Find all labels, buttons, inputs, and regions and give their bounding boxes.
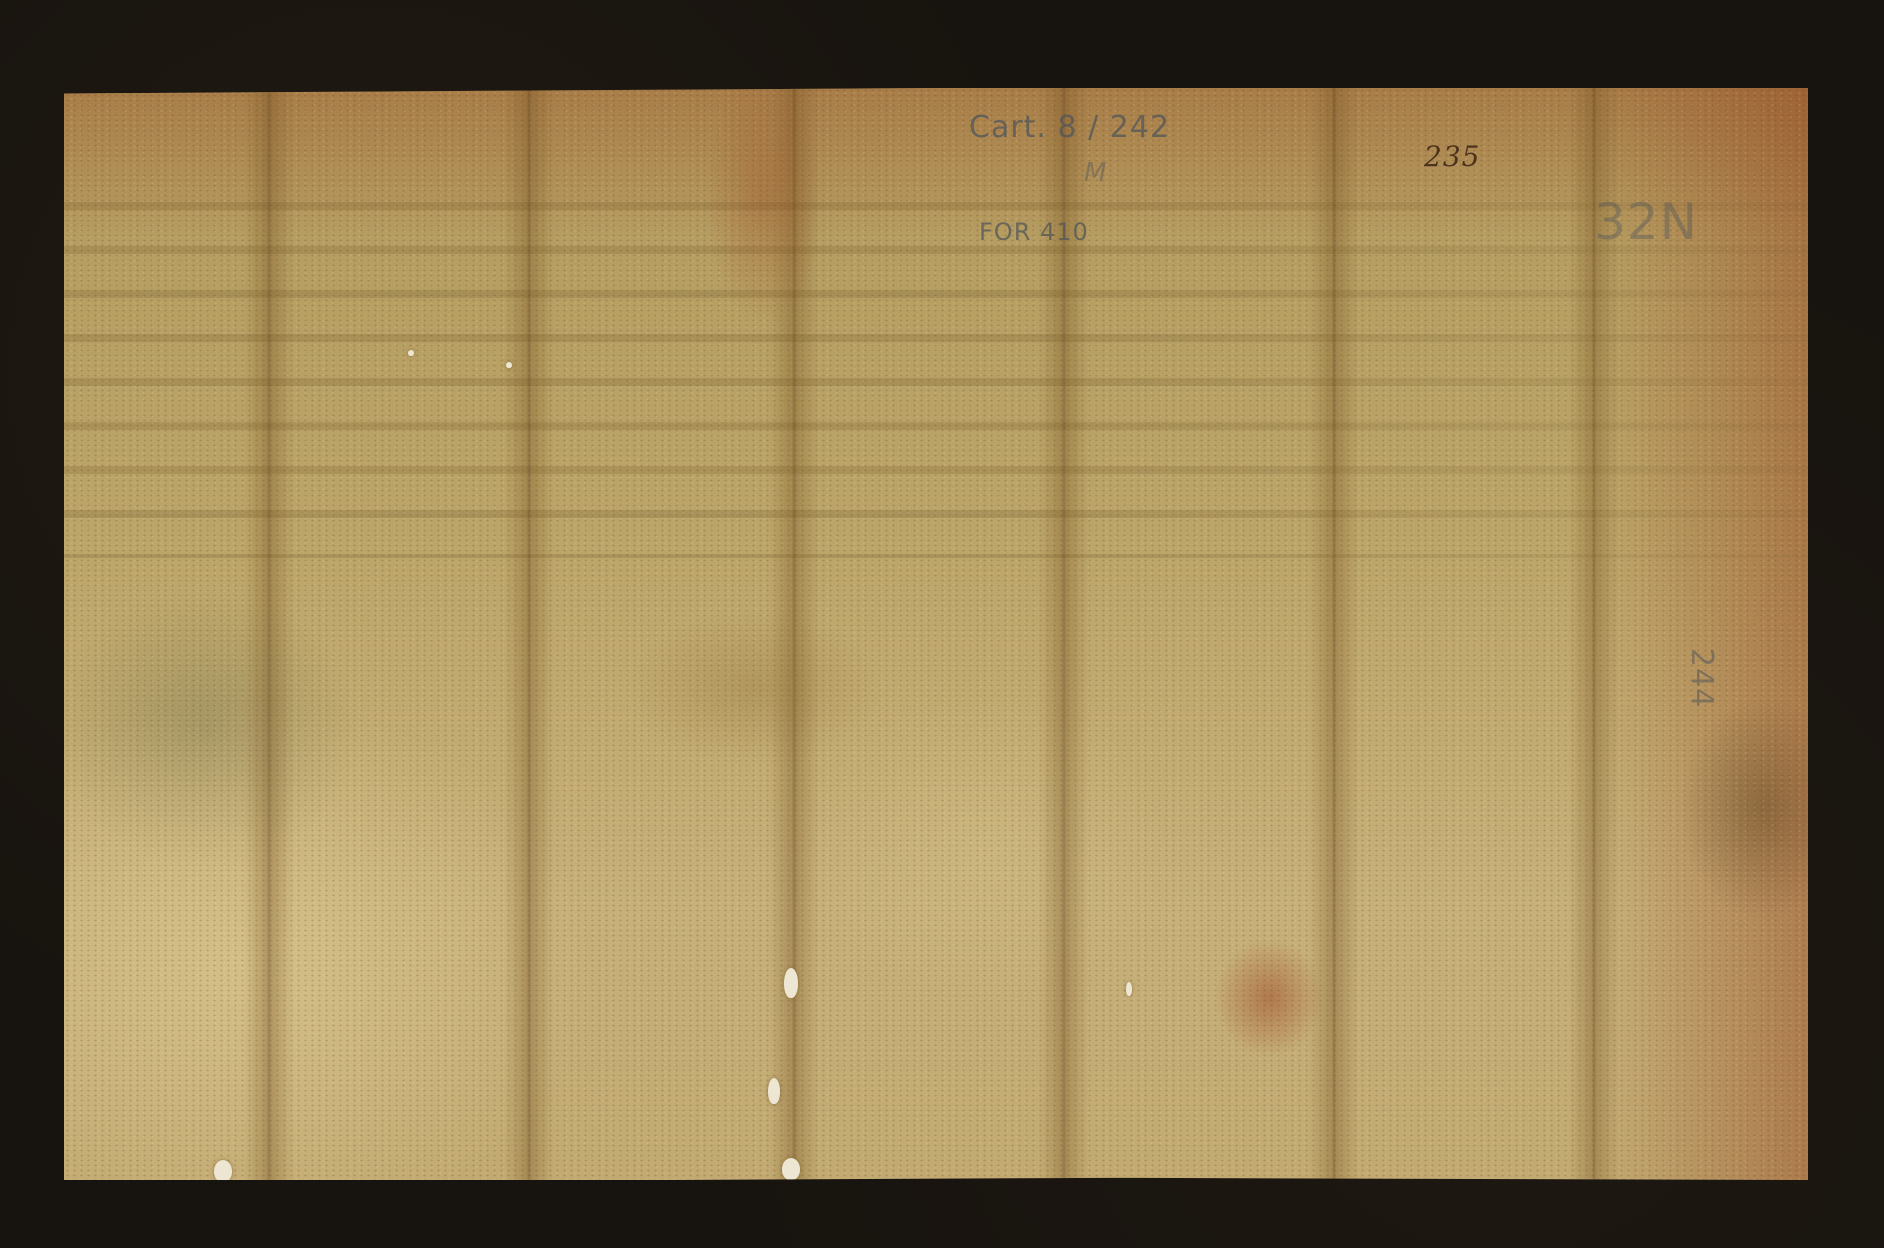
top-right-mark: 32N <box>1594 193 1698 251</box>
folio-annotation: FOR 410 <box>979 218 1089 246</box>
red-stain-bottom <box>1214 938 1324 1058</box>
tear-notch-4 <box>214 1160 232 1182</box>
ink-number-annotation: 235 <box>1424 140 1480 173</box>
parchment-document: Cart. 8 / 242 M FOR 410 235 32N 244 <box>64 88 1808 1180</box>
tiny-hole-2 <box>506 362 512 368</box>
initial-annotation: M <box>1084 158 1107 188</box>
fold-line-1 <box>244 88 294 1180</box>
tiny-hole-1 <box>408 350 414 356</box>
shelfmark-annotation: Cart. 8 / 242 <box>969 110 1170 145</box>
brown-stain-center <box>624 608 884 768</box>
red-stain-top <box>704 68 824 328</box>
right-edge-number: 244 <box>1684 648 1719 708</box>
fold-line-6 <box>1569 88 1619 1180</box>
tear-notch-3 <box>782 1158 800 1180</box>
tear-hole-1 <box>784 968 798 998</box>
fold-line-4 <box>1039 88 1089 1180</box>
tear-hole-2 <box>768 1078 780 1104</box>
fold-line-2 <box>504 88 554 1180</box>
tear-hole-5 <box>1126 982 1132 996</box>
bleed-through-text-lines <box>64 178 1808 558</box>
